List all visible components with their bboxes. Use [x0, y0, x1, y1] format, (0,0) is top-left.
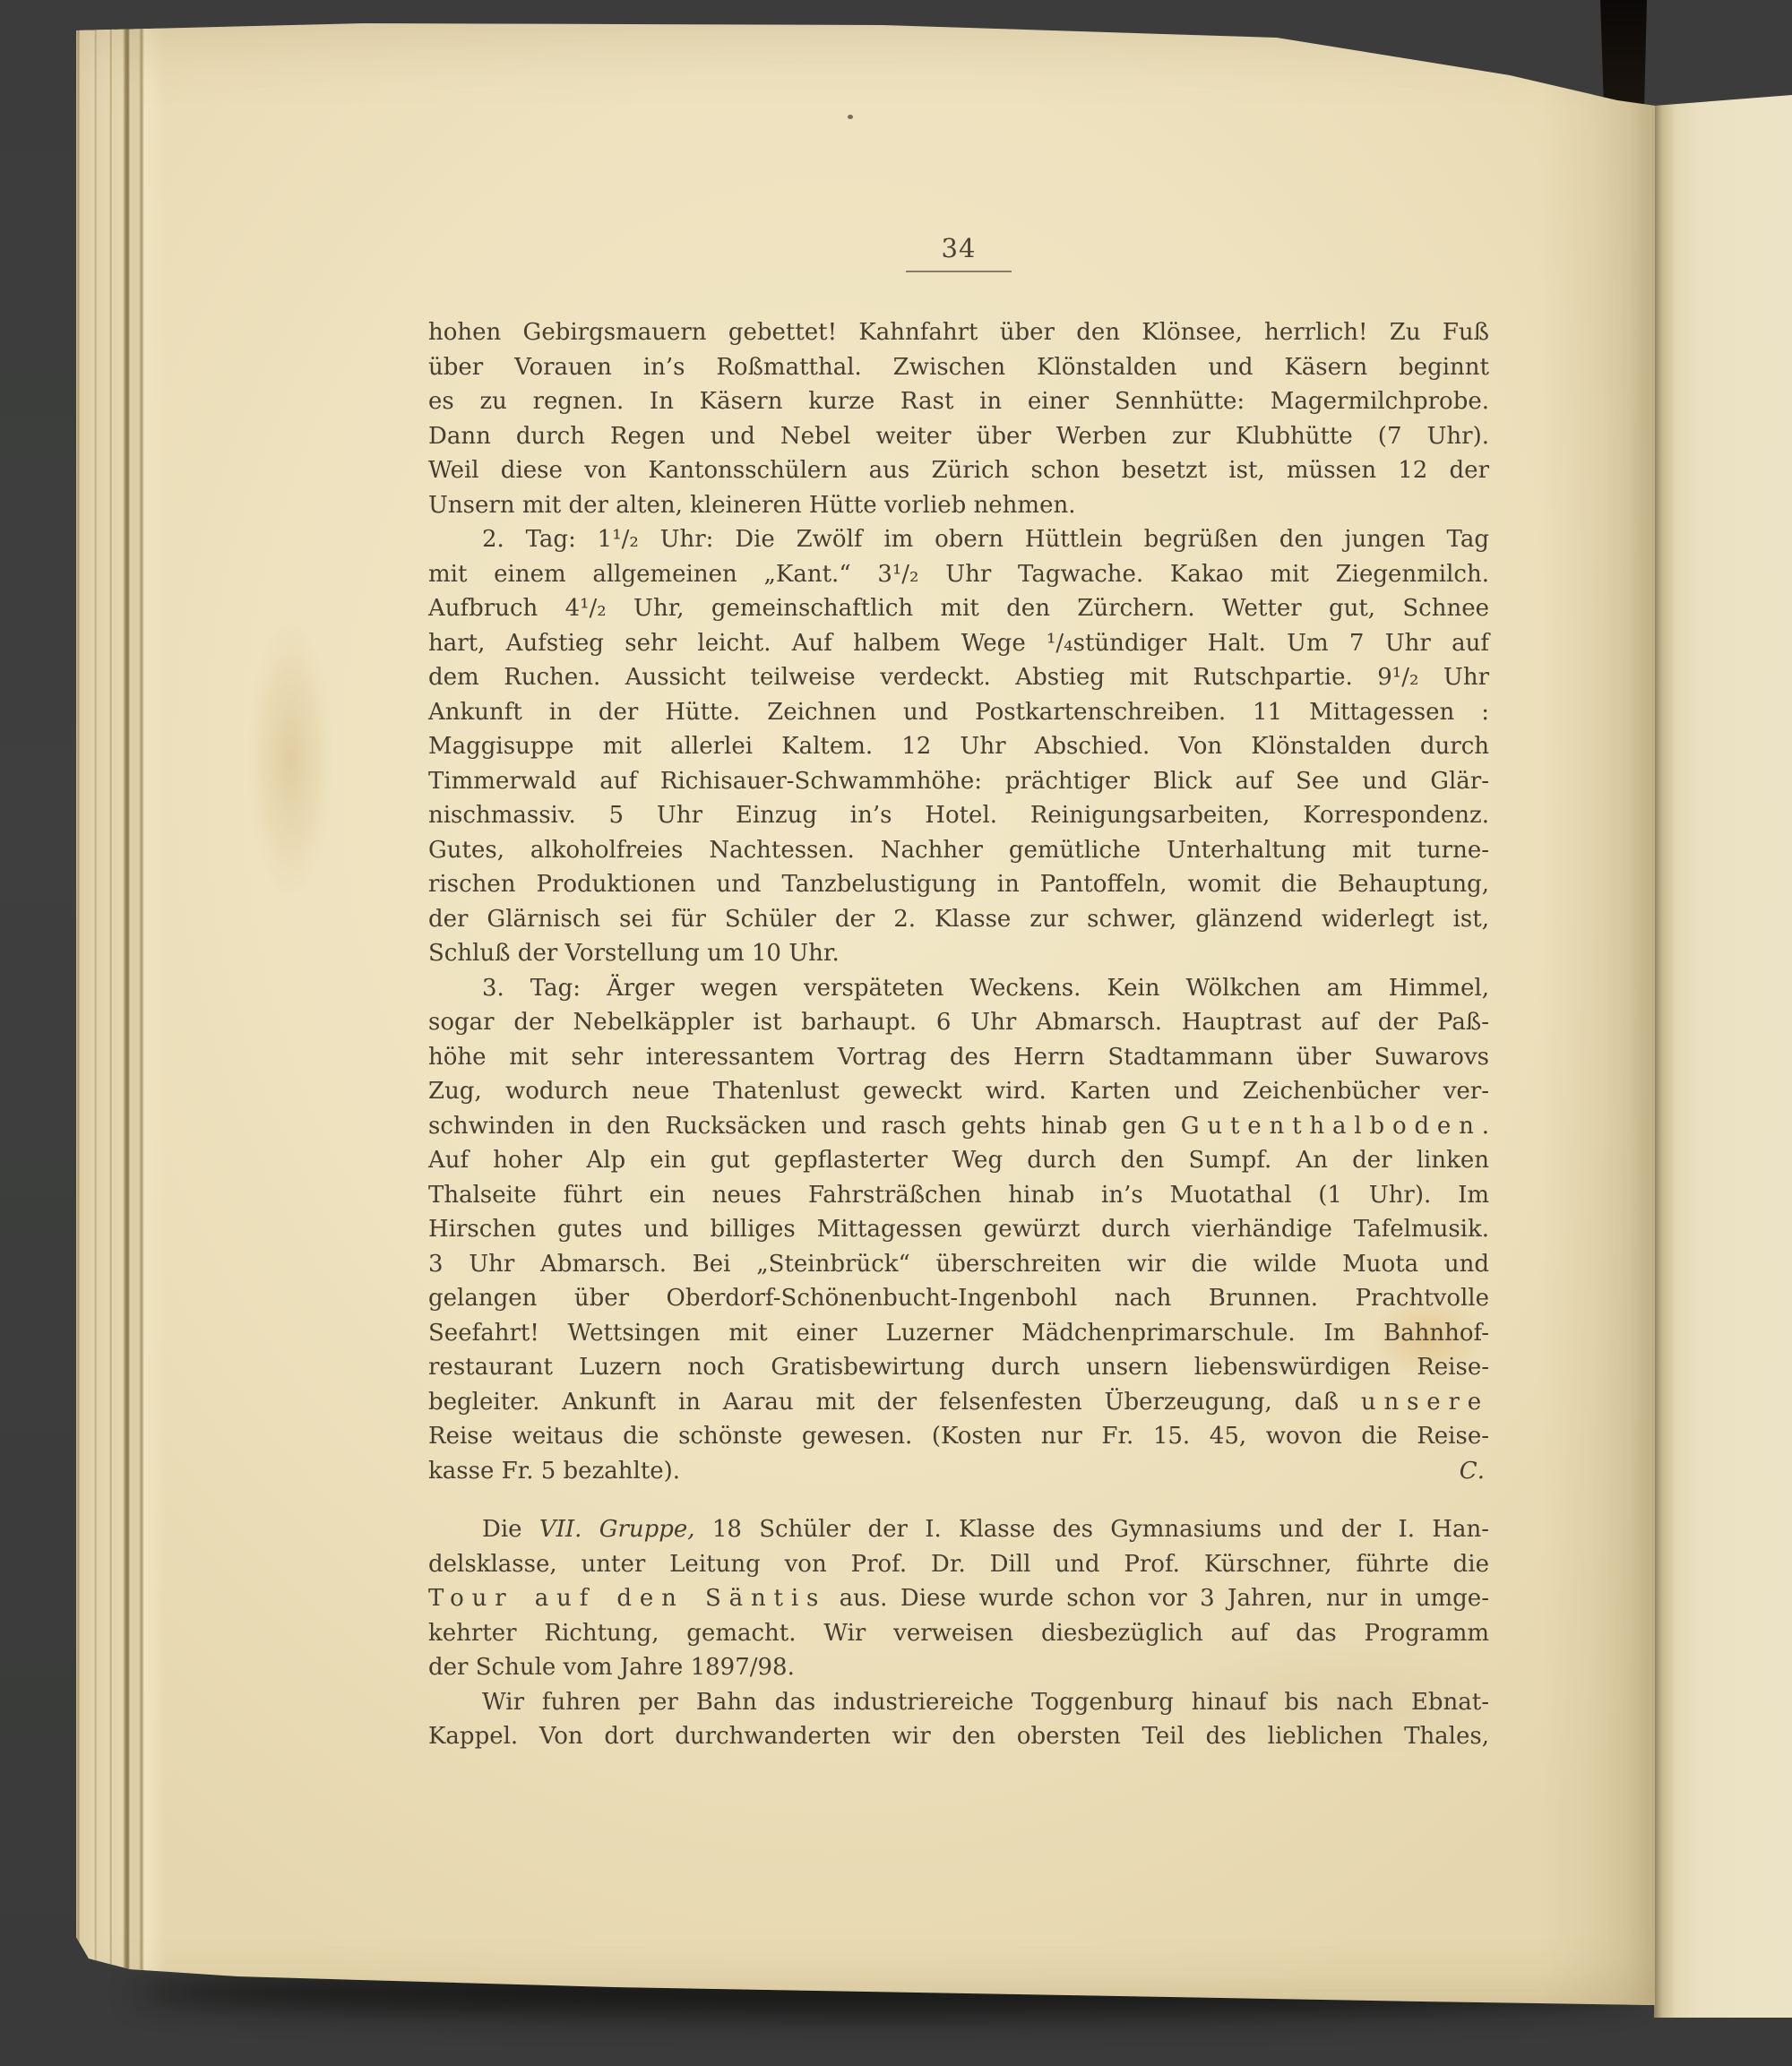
text-line: Seefahrt! Wettsingen mit einer Luzerner …	[428, 1316, 1489, 1351]
text-segment: gelangen über Oberdorf-Schönenbucht-Inge…	[428, 1285, 1489, 1312]
text-line: Dann durch Regen und Nebel weiter über W…	[428, 419, 1489, 454]
text-line: über Vorauen in’s Roßmatthal. Zwischen K…	[428, 350, 1489, 385]
text-line: Wir fuhren per Bahn das industriereiche …	[428, 1685, 1489, 1720]
text-segment: kasse Fr. 5 bezahlte).	[428, 1458, 680, 1485]
text-line: sogar der Nebelkäppler ist barhaupt. 6 U…	[428, 1005, 1489, 1040]
text-segment: nischmassiv. 5 Uhr Einzug in’s Hotel. Re…	[428, 802, 1489, 829]
page-number-rule	[906, 271, 1012, 272]
text-line: dem Ruchen. Aussicht teilweise verdeckt.…	[428, 660, 1489, 695]
text-segment: 3 Uhr Abmarsch. Bei „Steinbrück“ übersch…	[428, 1251, 1489, 1278]
paper-stain	[230, 566, 351, 951]
text-line: Gutes, alkoholfreies Nachtessen. Nachher…	[428, 833, 1489, 868]
text-line: rischen Produktionen und Tanzbelustigung…	[428, 867, 1489, 902]
text-line: 2. Tag: 1¹/₂ Uhr: Die Zwölf im obern Hüt…	[428, 522, 1489, 557]
text-segment: Weil diese von Kantonsschülern aus Züric…	[428, 457, 1489, 484]
page-number: 34	[428, 233, 1489, 263]
text-line: kehrter Richtung, gemacht. Wir verweisen…	[428, 1616, 1489, 1651]
text-line: Maggisuppe mit allerlei Kaltem. 12 Uhr A…	[428, 729, 1489, 764]
text-segment: sogar der Nebelkäppler ist barhaupt. 6 U…	[428, 1009, 1489, 1036]
text-line: der Schule vom Jahre 1897/98.	[428, 1650, 1489, 1685]
text-line: Timmerwald auf Richisauer-Schwammhöhe: p…	[428, 764, 1489, 799]
italic-text: VII. Gruppe,	[539, 1516, 695, 1543]
text-segment: 3. Tag: Ärger wegen verspäteten Weckens.…	[482, 975, 1489, 1002]
text-line: schwinden in den Rucksäcken und rasch ge…	[428, 1109, 1489, 1144]
text-segment: der Schule vom Jahre 1897/98.	[428, 1654, 795, 1681]
text-segment: Kappel. Von dort durchwanderten wir den …	[428, 1723, 1489, 1750]
text-line: Die VII. Gruppe, 18 Schüler der I. Klass…	[428, 1512, 1489, 1547]
text-line: der Glärnisch sei für Schüler der 2. Kla…	[428, 902, 1489, 937]
text-segment: Reise weitaus die schönste gewesen. (Kos…	[428, 1423, 1489, 1450]
text-segment: mit einem allgemeinen „Kant.“ 3¹/₂ Uhr T…	[428, 561, 1489, 588]
text-segment: dem Ruchen. Aussicht teilweise verdeckt.…	[428, 664, 1489, 691]
text-segment: hart, Aufstieg sehr leicht. Auf halbem W…	[428, 630, 1489, 657]
text-segment: Timmerwald auf Richisauer-Schwammhöhe: p…	[428, 768, 1489, 795]
text-segment: Maggisuppe mit allerlei Kaltem. 12 Uhr A…	[428, 733, 1489, 760]
text-line: Auf hoher Alp ein gut gepflasterter Weg …	[428, 1143, 1489, 1178]
text-line: Zug, wodurch neue Thatenlust geweckt wir…	[428, 1074, 1489, 1109]
page-header: 34	[428, 233, 1489, 272]
text-line: Reise weitaus die schönste gewesen. (Kos…	[428, 1419, 1489, 1454]
text-segment: schwinden in den Rucksäcken und rasch ge…	[428, 1113, 1181, 1140]
text-segment: Ankunft in der Hütte. Zeichnen und Postk…	[428, 699, 1489, 726]
letterspaced-text: Gutenthalboden	[1181, 1113, 1482, 1140]
text-line: hohen Gebirgsmauern gebettet! Kahnfahrt …	[428, 315, 1489, 350]
text-segment: Dann durch Regen und Nebel weiter über W…	[428, 423, 1489, 450]
text-segment: 2. Tag: 1¹/₂ Uhr: Die Zwölf im obern Hüt…	[482, 526, 1489, 553]
text-segment: Unsern mit der alten, kleineren Hütte vo…	[428, 492, 1075, 519]
text-line: Tour auf den Säntis aus. Diese wurde sch…	[428, 1581, 1489, 1616]
author-initial: C.	[1460, 1454, 1486, 1489]
ink-speck	[848, 115, 853, 119]
text-segment: Schluß der Vorstellung um 10 Uhr.	[428, 940, 840, 967]
text-line: Weil diese von Kantonsschülern aus Züric…	[428, 453, 1489, 488]
text-segment: der Glärnisch sei für Schüler der 2. Kla…	[428, 906, 1489, 933]
text-segment: aus. Diese wurde schon vor 3 Jahren, nur…	[826, 1585, 1489, 1612]
text-segment: Auf hoher Alp ein gut gepflasterter Weg …	[428, 1147, 1489, 1174]
text-line: gelangen über Oberdorf-Schönenbucht-Inge…	[428, 1281, 1489, 1316]
text-segment: begleiter. Ankunft in Aarau mit der fels…	[428, 1389, 1361, 1416]
text-segment: Wir fuhren per Bahn das industriereiche …	[482, 1689, 1489, 1716]
letterspaced-text: unsere	[1361, 1389, 1489, 1416]
text-segment: Zug, wodurch neue Thatenlust geweckt wir…	[428, 1078, 1489, 1105]
text-line: nischmassiv. 5 Uhr Einzug in’s Hotel. Re…	[428, 798, 1489, 833]
letterspaced-text: Tour auf den Säntis	[428, 1585, 826, 1612]
text-line: Kappel. Von dort durchwanderten wir den …	[428, 1719, 1489, 1754]
text-line: Schluß der Vorstellung um 10 Uhr.	[428, 936, 1489, 971]
text-segment: kehrter Richtung, gemacht. Wir verweisen…	[428, 1620, 1489, 1647]
text-line: hart, Aufstieg sehr leicht. Auf halbem W…	[428, 626, 1489, 661]
text-line: Ankunft in der Hütte. Zeichnen und Postk…	[428, 695, 1489, 730]
text-segment: es zu regnen. In Käsern kurze Rast in ei…	[428, 388, 1489, 415]
text-segment: .	[1482, 1113, 1489, 1140]
text-line: Thalseite führt ein neues Fahrsträßchen …	[428, 1178, 1489, 1213]
text-line: es zu regnen. In Käsern kurze Rast in ei…	[428, 384, 1489, 419]
text-segment: rischen Produktionen und Tanzbelustigung…	[428, 871, 1489, 898]
text-segment: Seefahrt! Wettsingen mit einer Luzerner …	[428, 1320, 1489, 1347]
text-line: Unsern mit der alten, kleineren Hütte vo…	[428, 488, 1489, 523]
text-segment: restaurant Luzern noch Gratisbewirtung d…	[428, 1354, 1489, 1381]
scanned-book-photo: 34 hohen Gebirgsmauern gebettet! Kahnfah…	[0, 0, 1792, 2066]
text-line: Hirschen gutes und billiges Mittagessen …	[428, 1212, 1489, 1247]
text-segment: Thalseite führt ein neues Fahrsträßchen …	[428, 1182, 1489, 1209]
text-segment: über Vorauen in’s Roßmatthal. Zwischen K…	[428, 354, 1489, 381]
text-segment: delsklasse, unter Leitung von Prof. Dr. …	[428, 1551, 1489, 1578]
text-line: höhe mit sehr interessantem Vortrag des …	[428, 1040, 1489, 1075]
text-segment: 18 Schüler der I. Klasse des Gymnasiums …	[695, 1516, 1489, 1543]
text-segment: Hirschen gutes und billiges Mittagessen …	[428, 1216, 1489, 1243]
text-segment: hohen Gebirgsmauern gebettet! Kahnfahrt …	[428, 319, 1489, 346]
text-line: delsklasse, unter Leitung von Prof. Dr. …	[428, 1547, 1489, 1582]
text-line: mit einem allgemeinen „Kant.“ 3¹/₂ Uhr T…	[428, 557, 1489, 592]
text-line: kasse Fr. 5 bezahlte).C.	[428, 1454, 1489, 1489]
facing-page-edge	[1654, 95, 1792, 2018]
text-line: Aufbruch 4¹/₂ Uhr, gemeinschaftlich mit …	[428, 591, 1489, 626]
text-line: restaurant Luzern noch Gratisbewirtung d…	[428, 1350, 1489, 1385]
text-segment: höhe mit sehr interessantem Vortrag des …	[428, 1044, 1489, 1071]
text-line: 3. Tag: Ärger wegen verspäteten Weckens.…	[428, 971, 1489, 1006]
text-line: 3 Uhr Abmarsch. Bei „Steinbrück“ übersch…	[428, 1247, 1489, 1282]
text-segment: Die	[482, 1516, 539, 1543]
bookmark-ribbon	[1600, 0, 1647, 115]
text-segment: Aufbruch 4¹/₂ Uhr, gemeinschaftlich mit …	[428, 595, 1489, 622]
text-segment: Gutes, alkoholfreies Nachtessen. Nachher…	[428, 837, 1489, 864]
text-line: begleiter. Ankunft in Aarau mit der fels…	[428, 1385, 1489, 1420]
text-block: hohen Gebirgsmauern gebettet! Kahnfahrt …	[428, 315, 1489, 1754]
